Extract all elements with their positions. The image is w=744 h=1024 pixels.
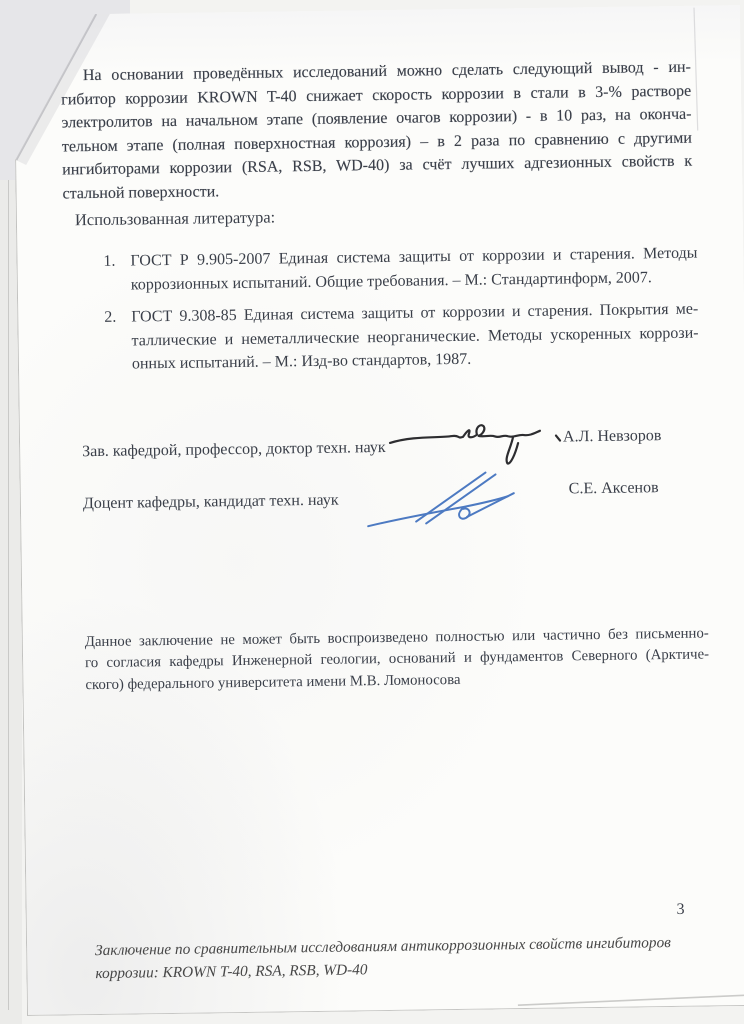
signer-name: А.Л. Невзоров <box>563 427 662 446</box>
bottom-edge-line <box>518 995 744 1005</box>
reference-text: ГОСТ 9.308-85 Единая система защиты от к… <box>131 298 699 376</box>
signer-title: Зав. кафедрой, профессор, доктор техн. н… <box>82 439 386 461</box>
signer-name: С.Е. Аксенов <box>569 479 659 498</box>
page-number: 3 <box>676 901 684 919</box>
reference-number: 2. <box>104 306 116 330</box>
conclusion-paragraph: На основании проведённых исследований мо… <box>61 56 693 206</box>
aksenov-signature-icon <box>363 464 546 535</box>
signer-title: Доцент кафедры, кандидат техн. наук <box>83 492 339 514</box>
disclaimer-paragraph: Данное заключение не может быть воспроиз… <box>85 623 710 696</box>
reference-text: ГОСТ Р 9.905-2007 Единая система защиты … <box>130 242 698 297</box>
reference-item: 2. ГОСТ 9.308-85 Единая система защиты о… <box>131 298 699 376</box>
reference-item: 1. ГОСТ Р 9.905-2007 Единая система защи… <box>130 242 698 297</box>
right-crease-line <box>694 8 698 131</box>
document-page: На основании проведённых исследований мо… <box>13 5 744 1016</box>
footer-document-title: Заключение по сравнительным исследования… <box>95 931 686 985</box>
reference-number: 1. <box>103 250 115 274</box>
underlying-sheet-edge <box>8 130 9 1010</box>
scanned-document: { "page": { "number": "3", "conclusion":… <box>0 0 744 1024</box>
references-heading: Использованная литература: <box>75 207 276 230</box>
